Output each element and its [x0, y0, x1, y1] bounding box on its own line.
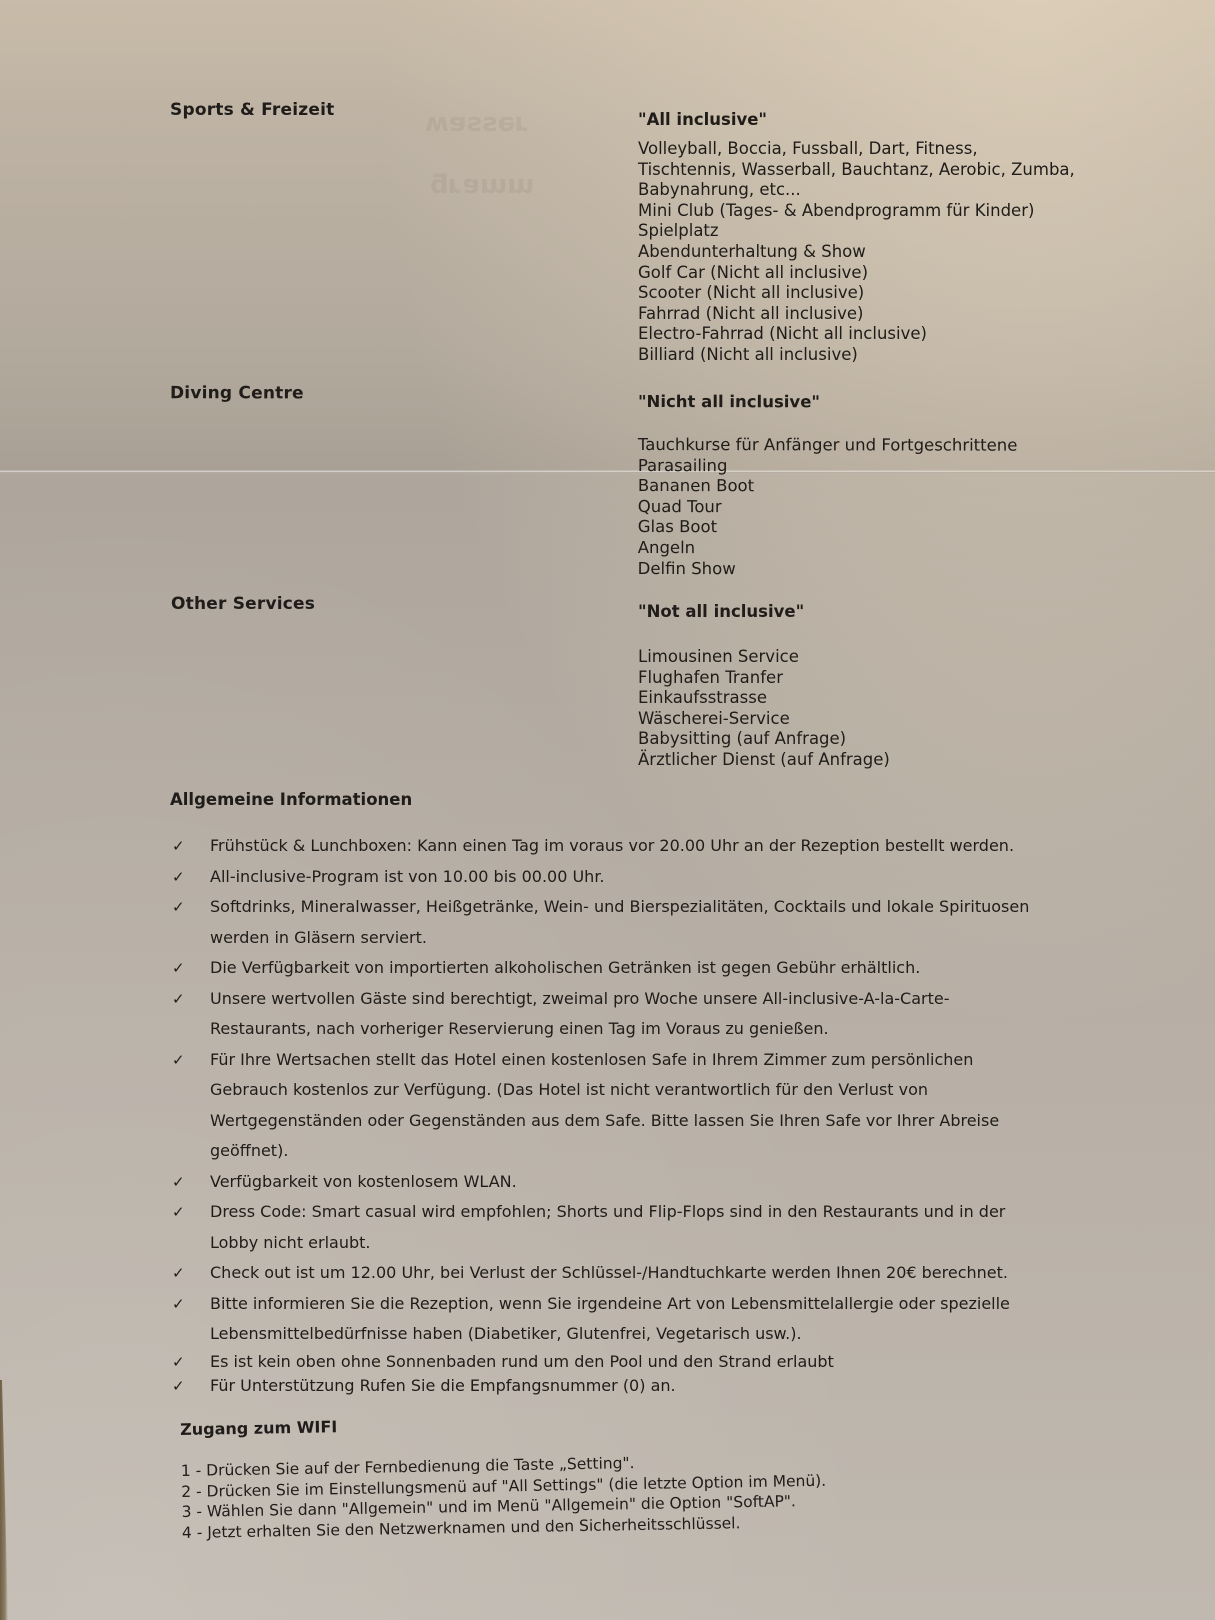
list-item: Delfin Show [638, 559, 1108, 580]
document-page: Sports & Freizeit "All inclusive" Volley… [0, 0, 1215, 1620]
bullet-text-line: Es ist kein oben ohne Sonnenbaden rund u… [210, 1350, 1100, 1374]
service-list: Volleyball, Boccia, Fussball, Dart, Fitn… [638, 139, 1108, 366]
list-item: Babynahrung, etc... [638, 180, 1108, 201]
list-item: Volleyball, Boccia, Fussball, Dart, Fitn… [638, 139, 1108, 160]
bullet-text-line: Unsere wertvollen Gäste sind berechtigt,… [210, 984, 1100, 1015]
section-diving-centre: Diving Centre "Nicht all inclusive" Tauc… [170, 383, 1100, 385]
inclusion-tag: "Not all inclusive" [638, 602, 1108, 621]
general-information: Allgemeine Informationen ✓Frühstück & Lu… [170, 790, 1100, 1398]
bullet-text-line: Check out ist um 12.00 Uhr, bei Verlust … [210, 1258, 1100, 1289]
general-information-title: Allgemeine Informationen [170, 790, 1100, 809]
list-item: Limousinen Service [638, 647, 1108, 668]
bullet-text-line: Softdrinks, Mineralwasser, Heißgetränke,… [210, 892, 1100, 923]
wifi-steps: 1 - Drücken Sie auf der Fernbedienung di… [181, 1445, 1082, 1543]
bullet-text-line: Lebensmittelbedürfnisse haben (Diabetike… [210, 1319, 1100, 1350]
general-information-list: ✓Frühstück & Lunchboxen: Kann einen Tag … [170, 831, 1100, 1398]
info-bullet: ✓Dress Code: Smart casual wird empfohlen… [170, 1197, 1100, 1258]
section-content: "Not all inclusive" Limousinen ServiceFl… [638, 594, 1108, 771]
checkmark-icon: ✓ [172, 1258, 185, 1289]
bullet-text-line: Gebrauch kostenlos zur Verfügung. (Das H… [210, 1075, 1100, 1106]
section-title: Diving Centre [170, 383, 304, 403]
inclusion-tag: "All inclusive" [638, 110, 1108, 129]
list-item: Babysitting (auf Anfrage) [638, 729, 1108, 750]
list-item: Parasailing [638, 456, 1108, 477]
service-list: Limousinen ServiceFlughafen TranferEinka… [638, 647, 1108, 771]
inclusion-tag: "Nicht all inclusive" [638, 392, 1108, 412]
list-item: Tauchkurse für Anfänger und Fortgeschrit… [638, 435, 1108, 456]
bullet-text-line: geöffnet). [210, 1136, 1100, 1167]
bullet-text-line: Verfügbarkeit von kostenlosem WLAN. [210, 1167, 1100, 1198]
bullet-text-line: Lobby nicht erlaubt. [210, 1228, 1100, 1259]
bullet-text-line: Die Verfügbarkeit von importierten alkoh… [210, 953, 1100, 984]
wifi-title: Zugang zum WIFI [180, 1404, 1080, 1439]
info-bullet: ✓Verfügbarkeit von kostenlosem WLAN. [170, 1167, 1100, 1198]
info-bullet: ✓Es ist kein oben ohne Sonnenbaden rund … [170, 1350, 1100, 1374]
bullet-text-line: Dress Code: Smart casual wird empfohlen;… [210, 1197, 1100, 1228]
section-content: "All inclusive" Volleyball, Boccia, Fuss… [638, 100, 1108, 366]
checkmark-icon: ✓ [172, 1374, 185, 1398]
bullet-text-line: Bitte informieren Sie die Rezeption, wen… [210, 1289, 1100, 1320]
list-item: Electro-Fahrrad (Nicht all inclusive) [638, 324, 1108, 345]
info-bullet: ✓Für Ihre Wertsachen stellt das Hotel ei… [170, 1045, 1100, 1167]
service-list: Tauchkurse für Anfänger und Fortgeschrit… [638, 435, 1108, 580]
list-item: Billiard (Nicht all inclusive) [638, 345, 1108, 366]
checkmark-icon: ✓ [172, 953, 185, 984]
section-title: Other Services [171, 594, 315, 614]
checkmark-icon: ✓ [172, 831, 185, 862]
list-item: Spielplatz [638, 221, 1108, 242]
info-bullet: ✓Unsere wertvollen Gäste sind berechtigt… [170, 984, 1100, 1045]
bullet-text-line: Frühstück & Lunchboxen: Kann einen Tag i… [210, 831, 1100, 862]
info-bullet: ✓Softdrinks, Mineralwasser, Heißgetränke… [170, 892, 1100, 953]
info-bullet: ✓Check out ist um 12.00 Uhr, bei Verlust… [170, 1258, 1100, 1289]
checkmark-icon: ✓ [172, 984, 185, 1015]
checkmark-icon: ✓ [172, 892, 185, 923]
checkmark-icon: ✓ [172, 1350, 185, 1374]
bullet-text-line: werden in Gläsern serviert. [210, 923, 1100, 954]
list-item: Tischtennis, Wasserball, Bauchtanz, Aero… [638, 160, 1108, 181]
list-item: Einkaufsstrasse [638, 688, 1108, 709]
checkmark-icon: ✓ [172, 1289, 185, 1320]
list-item: Flughafen Tranfer [638, 668, 1108, 689]
wifi-access: Zugang zum WIFI 1 - Drücken Sie auf der … [180, 1404, 1082, 1543]
list-item: Golf Car (Nicht all inclusive) [638, 263, 1108, 284]
section-content: "Nicht all inclusive" Tauchkurse für Anf… [638, 384, 1108, 580]
checkmark-icon: ✓ [172, 1045, 185, 1076]
info-bullet: ✓Für Unterstützung Rufen Sie die Empfang… [170, 1374, 1100, 1398]
list-item: Mini Club (Tages- & Abendprogramm für Ki… [638, 201, 1108, 222]
list-item: Angeln [638, 538, 1108, 559]
checkmark-icon: ✓ [172, 1197, 185, 1228]
bullet-text-line: Für Ihre Wertsachen stellt das Hotel ein… [210, 1045, 1100, 1076]
info-bullet: ✓All-inclusive-Program ist von 10.00 bis… [170, 862, 1100, 893]
info-bullet: ✓Die Verfügbarkeit von importierten alko… [170, 953, 1100, 984]
list-item: Glas Boot [638, 517, 1108, 538]
list-item: Quad Tour [638, 497, 1108, 518]
bullet-text-line: Für Unterstützung Rufen Sie die Empfangs… [210, 1374, 1100, 1398]
checkmark-icon: ✓ [172, 1167, 185, 1198]
list-item: Bananen Boot [638, 476, 1108, 497]
list-item: Scooter (Nicht all inclusive) [638, 283, 1108, 304]
info-bullet: ✓Bitte informieren Sie die Rezeption, we… [170, 1289, 1100, 1350]
list-item: Wäscherei-Service [638, 709, 1108, 730]
bullet-text-line: All-inclusive-Program ist von 10.00 bis … [210, 862, 1100, 893]
list-item: Fahrrad (Nicht all inclusive) [638, 304, 1108, 325]
list-item: Ärztlicher Dienst (auf Anfrage) [638, 750, 1108, 771]
checkmark-icon: ✓ [172, 862, 185, 893]
bullet-text-line: Restaurants, nach vorheriger Reservierun… [210, 1014, 1100, 1045]
bullet-text-line: Wertgegenständen oder Gegenständen aus d… [210, 1106, 1100, 1137]
list-item: Abendunterhaltung & Show [638, 242, 1108, 263]
info-bullet: ✓Frühstück & Lunchboxen: Kann einen Tag … [170, 831, 1100, 862]
section-title: Sports & Freizeit [170, 100, 334, 120]
